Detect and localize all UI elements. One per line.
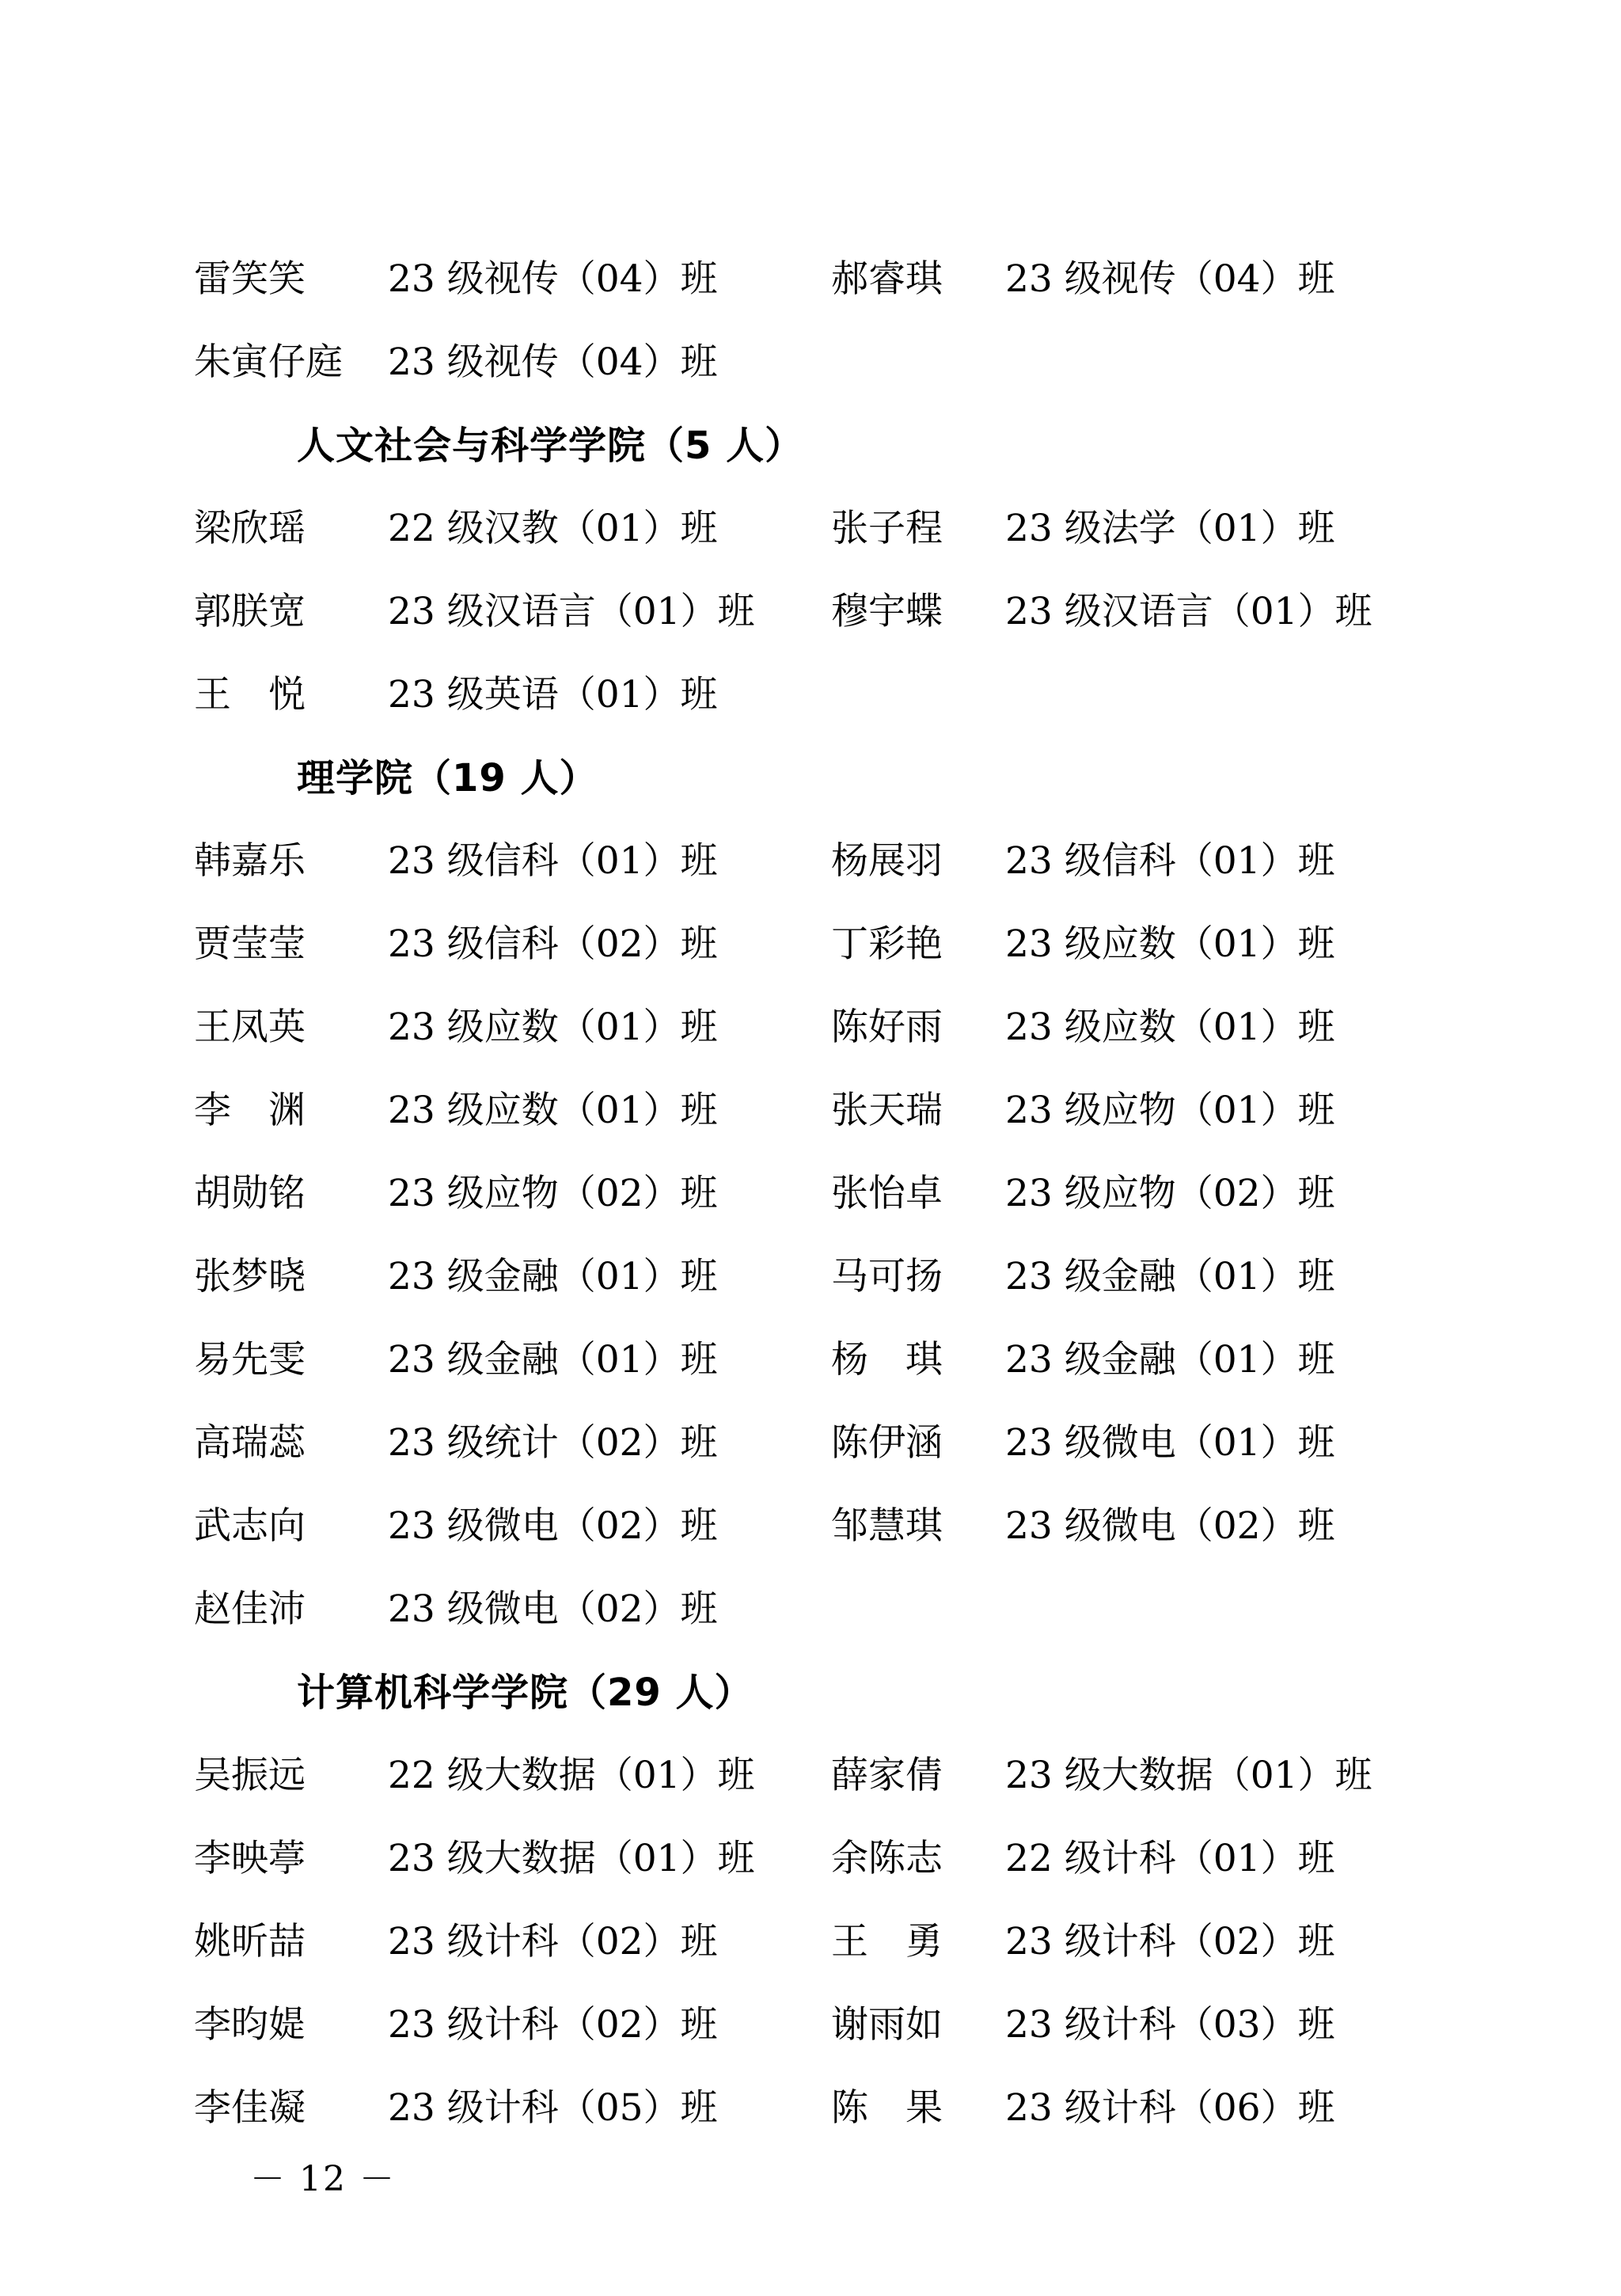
student-name: 高瑞蕊: [194, 1424, 388, 1462]
table-row: 张梦晓 23 级金融（01）班 马可扬 23 级金融（01）班: [194, 1235, 1539, 1318]
student-class: 23 级计科（06）班: [1005, 2089, 1539, 2127]
student-name: 邹慧琪: [831, 1507, 1005, 1545]
student-name: 马可扬: [831, 1258, 1005, 1295]
section-heading-text: 计算机科学学院（29 人）: [194, 1674, 754, 1712]
student-name: 丁彩艳: [831, 926, 1005, 963]
student-name: 李映葶: [194, 1840, 388, 1877]
student-class: 23 级应物（01）班: [1005, 1092, 1539, 1129]
student-name: 武志向: [194, 1507, 388, 1545]
table-row: 朱寅仔庭 23 级视传（04）班: [194, 321, 1539, 404]
section-heading-text: 人文社会与科学学院（5 人）: [194, 427, 803, 465]
student-class: 23 级金融（01）班: [388, 1258, 831, 1295]
student-name: 陈伊涵: [831, 1424, 1005, 1462]
table-row: 胡勋铭 23 级应物（02）班 张怡卓 23 级应物（02）班: [194, 1152, 1539, 1235]
table-row: 王 悦 23 级英语（01）班: [194, 653, 1539, 736]
section-heading-science: 理学院（19 人）: [194, 736, 1539, 819]
student-class: 23 级应数（01）班: [388, 1009, 831, 1046]
student-name: 陈 果: [831, 2089, 1005, 2127]
student-class: 23 级视传（04）班: [1005, 260, 1539, 298]
student-class: 23 级汉语言（01）班: [1005, 593, 1539, 630]
student-name: 陈好雨: [831, 1009, 1005, 1046]
table-row: 贾莹莹 23 级信科（02）班 丁彩艳 23 级应数（01）班: [194, 903, 1539, 986]
student-name: 杨展羽: [831, 842, 1005, 880]
student-name: 贾莹莹: [194, 926, 388, 963]
student-class: 23 级计科（02）班: [1005, 1923, 1539, 1960]
student-class: 23 级金融（01）班: [388, 1341, 831, 1378]
student-class: 23 级微电（02）班: [388, 1507, 831, 1545]
table-row: 吴振远 22 级大数据（01）班 薛家倩 23 级大数据（01）班: [194, 1734, 1539, 1817]
student-name: 薛家倩: [831, 1757, 1005, 1794]
document-page: 雷笑笑 23 级视传（04）班 郝睿琪 23 级视传（04）班 朱寅仔庭 23 …: [0, 0, 1621, 2296]
student-class: 22 级计科（01）班: [1005, 1840, 1539, 1877]
table-row: 李映葶 23 级大数据（01）班 余陈志 22 级计科（01）班: [194, 1817, 1539, 1900]
student-name: 郝睿琪: [831, 260, 1005, 298]
student-class: 23 级计科（03）班: [1005, 2006, 1539, 2043]
table-row: 王凤英 23 级应数（01）班 陈好雨 23 级应数（01）班: [194, 986, 1539, 1069]
student-class: 23 级大数据（01）班: [388, 1840, 831, 1877]
student-name: 杨 琪: [831, 1341, 1005, 1378]
student-class: 22 级大数据（01）班: [388, 1757, 831, 1794]
table-row: 赵佳沛 23 级微电（02）班: [194, 1568, 1539, 1651]
table-row: 高瑞蕊 23 级统计（02）班 陈伊涵 23 级微电（01）班: [194, 1401, 1539, 1484]
student-class: 23 级计科（02）班: [388, 1923, 831, 1960]
student-name: 张子程: [831, 510, 1005, 547]
student-class: 23 级计科（05）班: [388, 2089, 831, 2127]
table-row: 武志向 23 级微电（02）班 邹慧琪 23 级微电（02）班: [194, 1484, 1539, 1568]
student-class: 23 级微电（01）班: [1005, 1424, 1539, 1462]
student-class: 23 级法学（01）班: [1005, 510, 1539, 547]
student-name: 吴振远: [194, 1757, 388, 1794]
table-row: 姚昕喆 23 级计科（02）班 王 勇 23 级计科（02）班: [194, 1900, 1539, 1983]
table-row: 李佳凝 23 级计科（05）班 陈 果 23 级计科（06）班: [194, 2066, 1539, 2150]
student-class: 23 级应数（01）班: [1005, 1009, 1539, 1046]
student-class: 23 级微电（02）班: [388, 1591, 831, 1628]
student-class: 23 级金融（01）班: [1005, 1258, 1539, 1295]
table-row: 李昀媞 23 级计科（02）班 谢雨如 23 级计科（03）班: [194, 1983, 1539, 2066]
student-class: 23 级汉语言（01）班: [388, 593, 831, 630]
student-name: 雷笑笑: [194, 260, 388, 298]
student-class: 23 级金融（01）班: [1005, 1341, 1539, 1378]
table-row: 郭朕宽 23 级汉语言（01）班 穆宇蝶 23 级汉语言（01）班: [194, 570, 1539, 653]
student-name: 王 悦: [194, 676, 388, 713]
student-name: 张天瑞: [831, 1092, 1005, 1129]
student-name: 李昀媞: [194, 2006, 388, 2043]
student-class: 23 级大数据（01）班: [1005, 1757, 1539, 1794]
student-list: 雷笑笑 23 级视传（04）班 郝睿琪 23 级视传（04）班 朱寅仔庭 23 …: [194, 238, 1539, 2150]
student-class: 23 级视传（04）班: [388, 344, 831, 381]
student-name: 余陈志: [831, 1840, 1005, 1877]
student-class: 23 级微电（02）班: [1005, 1507, 1539, 1545]
student-class: 23 级信科（02）班: [388, 926, 831, 963]
student-name: 李 渊: [194, 1092, 388, 1129]
section-heading-humanities: 人文社会与科学学院（5 人）: [194, 404, 1539, 487]
student-name: 王 勇: [831, 1923, 1005, 1960]
table-row: 李 渊 23 级应数（01）班 张天瑞 23 级应物（01）班: [194, 1069, 1539, 1152]
student-class: 23 级应数（01）班: [1005, 926, 1539, 963]
student-class: 23 级信科（01）班: [388, 842, 831, 880]
table-row: 梁欣瑶 22 级汉教（01）班 张子程 23 级法学（01）班: [194, 487, 1539, 570]
table-row: 韩嘉乐 23 级信科（01）班 杨展羽 23 级信科（01）班: [194, 819, 1539, 903]
student-class: 23 级计科（02）班: [388, 2006, 831, 2043]
student-name: 朱寅仔庭: [194, 344, 388, 381]
student-class: 23 级统计（02）班: [388, 1424, 831, 1462]
page-number: － 12 －: [250, 2150, 396, 2201]
section-heading-text: 理学院（19 人）: [194, 759, 598, 797]
student-class: 23 级应数（01）班: [388, 1092, 831, 1129]
student-name: 郭朕宽: [194, 593, 388, 630]
student-name: 张怡卓: [831, 1175, 1005, 1212]
section-heading-computer-science: 计算机科学学院（29 人）: [194, 1651, 1539, 1734]
student-class: 23 级应物（02）班: [388, 1175, 831, 1212]
table-row: 易先雯 23 级金融（01）班 杨 琪 23 级金融（01）班: [194, 1318, 1539, 1401]
student-name: 易先雯: [194, 1341, 388, 1378]
table-row: 雷笑笑 23 级视传（04）班 郝睿琪 23 级视传（04）班: [194, 238, 1539, 321]
student-name: 韩嘉乐: [194, 842, 388, 880]
student-name: 梁欣瑶: [194, 510, 388, 547]
student-name: 胡勋铭: [194, 1175, 388, 1212]
student-name: 王凤英: [194, 1009, 388, 1046]
student-class: 23 级应物（02）班: [1005, 1175, 1539, 1212]
student-class: 22 级汉教（01）班: [388, 510, 831, 547]
student-name: 张梦晓: [194, 1258, 388, 1295]
student-name: 谢雨如: [831, 2006, 1005, 2043]
student-name: 李佳凝: [194, 2089, 388, 2127]
student-name: 赵佳沛: [194, 1591, 388, 1628]
student-class: 23 级英语（01）班: [388, 676, 831, 713]
student-name: 穆宇蝶: [831, 593, 1005, 630]
student-class: 23 级视传（04）班: [388, 260, 831, 298]
student-class: 23 级信科（01）班: [1005, 842, 1539, 880]
student-name: 姚昕喆: [194, 1923, 388, 1960]
